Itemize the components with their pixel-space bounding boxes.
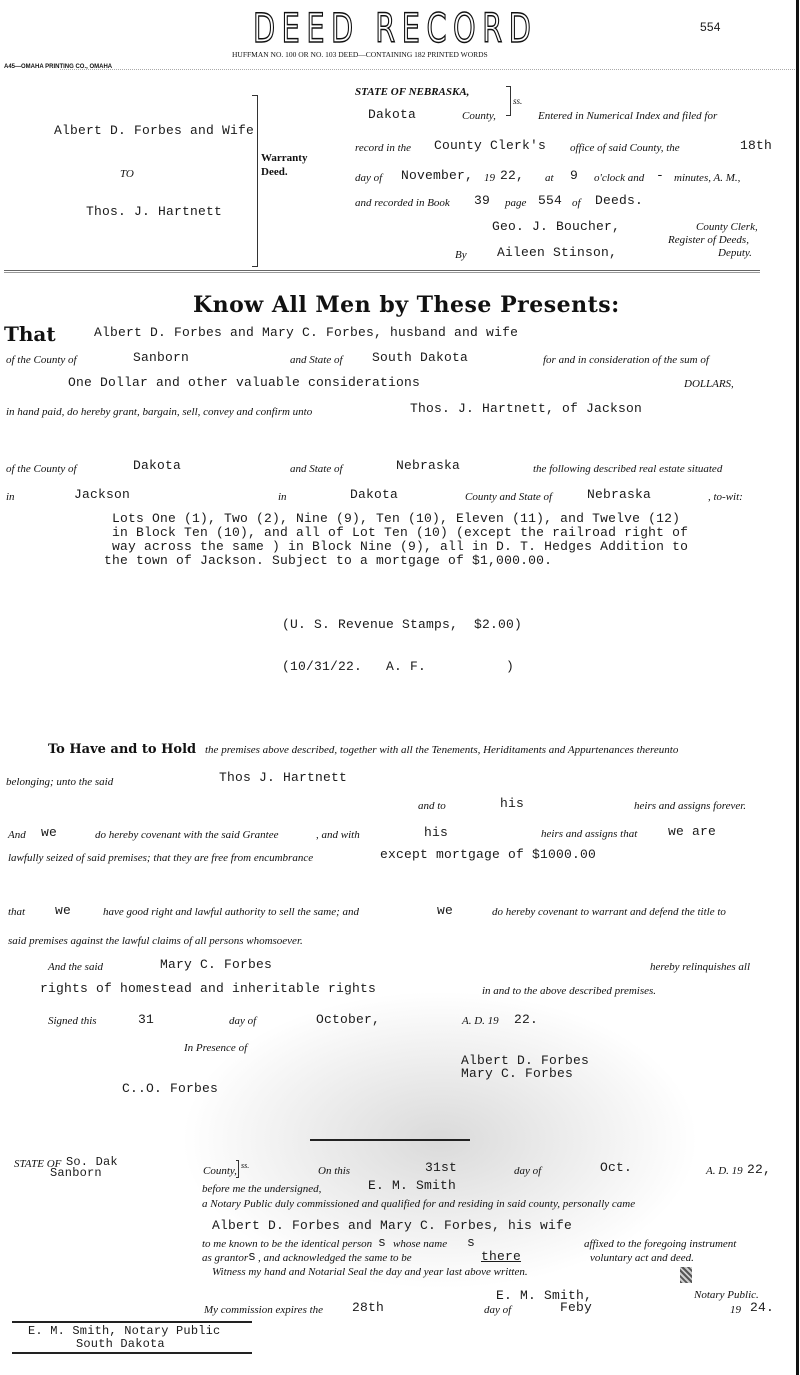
record-in-label: record in the	[355, 142, 411, 154]
parties-bracket	[252, 95, 258, 267]
affixed-label: affixed to the foregoing instrument	[584, 1238, 736, 1250]
filing-bracket	[506, 86, 511, 116]
to-label: TO	[120, 168, 134, 180]
body-heading: Know All Men by These Presents:	[193, 292, 620, 318]
authority-label: have good right and lawful authority to …	[103, 906, 359, 918]
rights-value: rights of homestead and inheritable righ…	[40, 981, 376, 996]
we-2: we	[55, 903, 71, 918]
consideration-value: One Dollar and other valuable considerat…	[68, 375, 420, 390]
filed-year: 22,	[500, 168, 524, 183]
ack-county-value: Sanborn	[50, 1166, 102, 1180]
filed-minutes: -	[656, 168, 664, 183]
covenant-label: do hereby covenant with the said Grantee	[95, 829, 279, 841]
filed-month: November,	[401, 168, 473, 183]
filed-day: 18th	[740, 138, 772, 153]
ack-ad-label: A. D. 19	[706, 1165, 743, 1177]
notary-stamp-line-2: South Dakota	[76, 1337, 165, 1351]
habendum-heading: To Have and to Hold	[48, 742, 196, 757]
ack-s-3: s	[248, 1249, 256, 1264]
situated-state: Nebraska	[587, 487, 651, 502]
voluntary-label: voluntary act and deed.	[590, 1252, 694, 1264]
dollars-label: DOLLARS,	[684, 378, 734, 390]
book-number: 39	[474, 193, 490, 208]
commission-label: My commission expires the	[204, 1304, 323, 1316]
ack-day: 31st	[425, 1160, 457, 1175]
deputy-name: Aileen Stinson,	[497, 245, 617, 260]
warrant-label: do hereby covenant to warrant and defend…	[492, 906, 726, 918]
commission-year: 24.	[750, 1300, 774, 1315]
ack-s-2: s	[467, 1235, 475, 1250]
pronoun-his-2: his	[424, 825, 448, 840]
witness-name: C..O. Forbes	[122, 1081, 218, 1096]
grantee-county: Dakota	[133, 458, 181, 473]
register-title: Register of Deeds,	[668, 234, 749, 246]
belonging-label: belonging; unto the said	[6, 776, 113, 788]
relinquishes-label: hereby relinquishes all	[650, 961, 750, 973]
oclock-label: o'clock and	[594, 172, 644, 184]
filing-county-label: County,	[462, 110, 496, 122]
acknowledged-label: , and acknowledged the same to be	[258, 1252, 412, 1264]
grantor-state: South Dakota	[372, 350, 468, 365]
ack-bracket	[236, 1160, 239, 1178]
county-state-label: County and State of	[465, 491, 552, 503]
by-label: By	[455, 249, 467, 261]
heirs-forever: heirs and assigns forever.	[634, 800, 746, 812]
state-of-label: and State of	[290, 354, 343, 366]
grantor-name: Albert D. Forbes and Wife	[54, 123, 254, 138]
grantors-full: Albert D. Forbes and Mary C. Forbes, hus…	[94, 325, 518, 340]
notary-stamp-line-1: E. M. Smith, Notary Public	[28, 1324, 220, 1338]
signed-month: October,	[316, 1012, 380, 1027]
ack-year: 22,	[747, 1162, 771, 1177]
and-with-label: , and with	[316, 829, 360, 841]
legal-description: Lots One (1), Two (2), Nine (9), Ten (10…	[112, 512, 688, 568]
pronoun-his-1: his	[500, 796, 524, 811]
grantor-label: as grantor	[202, 1252, 248, 1264]
clerk-title: County Clerk,	[696, 221, 758, 233]
legal-description-line: in Block Ten (10), and all of Lot Ten (1…	[112, 526, 688, 540]
county-of-label: of the County of	[6, 354, 77, 366]
that-label: That	[4, 322, 56, 346]
ack-day-of-label: day of	[514, 1165, 541, 1177]
encumbrance-value: except mortgage of $1000.00	[380, 847, 596, 862]
situated-county: Dakota	[350, 487, 398, 502]
at-label: at	[545, 172, 554, 184]
signatures: Albert D. Forbes Mary C. Forbes	[461, 1054, 589, 1080]
witness-text: Witness my hand and Notarial Seal the da…	[212, 1266, 528, 1278]
premises-label: in and to the above described premises.	[482, 985, 656, 997]
revenue-stamps: (U. S. Revenue Stamps, $2.00) (10/31/22.…	[282, 590, 522, 702]
record-page: 554	[538, 193, 562, 208]
minutes-label: minutes, A. M.,	[674, 172, 740, 184]
situated-city: Jackson	[74, 487, 130, 502]
entered-text: Entered in Numerical Index and filed for	[538, 110, 717, 122]
notary-text: a Notary Public duly commissioned and qu…	[202, 1198, 635, 1210]
signed-label: Signed this	[48, 1015, 97, 1027]
grantee-state-label: and State of	[290, 463, 343, 475]
legal-description-line: Lots One (1), Two (2), Nine (9), Ten (10…	[112, 512, 688, 526]
whose-name-label: whose name	[393, 1238, 447, 1250]
page-number: 554	[700, 20, 721, 34]
relinquisher-name: Mary C. Forbes	[160, 957, 272, 972]
signed-day: 31	[138, 1012, 154, 1027]
we-3: we	[437, 903, 453, 918]
filing-county: Dakota	[368, 107, 416, 122]
grant-text: in hand paid, do hereby grant, bargain, …	[6, 406, 312, 418]
clerk-name: Geo. J. Boucher,	[492, 219, 620, 234]
signature-rule	[310, 1139, 470, 1141]
signed-ad-label: A. D. 19	[462, 1015, 499, 1027]
and-label: And	[8, 829, 26, 841]
notary-seal-icon	[680, 1267, 692, 1283]
office-label: office of said County, the	[570, 142, 680, 154]
filing-divider	[4, 270, 760, 273]
page-label: page	[505, 197, 526, 209]
habendum-grantee: Thos J. Hartnett	[219, 770, 347, 785]
their-value: there	[481, 1249, 521, 1264]
office-value: County Clerk's	[434, 138, 546, 153]
of-deeds: Deeds.	[595, 193, 643, 208]
deputy-title: Deputy.	[718, 247, 752, 259]
signature-mary: Mary C. Forbes	[461, 1067, 589, 1080]
to-wit-label: , to-wit:	[708, 491, 743, 503]
following-label: the following described real estate situ…	[533, 463, 722, 475]
ack-persons: Albert D. Forbes and Mary C. Forbes, his…	[212, 1218, 572, 1233]
on-this-label: On this	[318, 1165, 350, 1177]
signed-year: 22.	[514, 1012, 538, 1027]
we-1: we	[41, 825, 57, 840]
grantor-county: Sanborn	[133, 350, 189, 365]
legal-description-line: the town of Jackson. Subject to a mortga…	[104, 554, 688, 568]
ack-ss: ss.	[241, 1161, 249, 1170]
day-of-label: day of	[355, 172, 382, 184]
ack-month: Oct.	[600, 1160, 632, 1175]
deed-type-line1: Warranty	[261, 152, 307, 164]
consideration-label: for and in consideration of the sum of	[543, 354, 709, 366]
commission-day-of: day of	[484, 1304, 511, 1316]
stamps-line-1: (U. S. Revenue Stamps, $2.00)	[282, 618, 522, 632]
of-label: of	[572, 197, 581, 209]
deed-type-line2: Deed.	[261, 166, 288, 178]
grantee-name: Thos. J. Hartnett	[86, 204, 222, 219]
and-to-label: and to	[418, 800, 446, 812]
ack-s-1: s	[378, 1235, 386, 1250]
grantee-full: Thos. J. Hartnett, of Jackson	[410, 401, 642, 416]
habendum-text: the premises above described, together w…	[205, 744, 678, 756]
legal-description-line: way across the same ) in Block Nine (9),…	[112, 540, 688, 554]
commission-day: 28th	[352, 1300, 384, 1315]
heirs-that-label: heirs and assigns that	[541, 828, 637, 840]
claims-label: said premises against the lawful claims …	[8, 935, 303, 947]
grantee-county-label: of the County of	[6, 463, 77, 475]
recorded-label: and recorded in Book	[355, 197, 450, 209]
and-said-label: And the said	[48, 961, 103, 973]
commission-year-prefix: 19	[730, 1304, 741, 1316]
seized-label: lawfully seized of said premises; that t…	[8, 852, 313, 864]
signed-day-of-label: day of	[229, 1015, 256, 1027]
grantee-state: Nebraska	[396, 458, 460, 473]
presence-label: In Presence of	[184, 1042, 247, 1054]
that-label-2: that	[8, 906, 25, 918]
stamp-rule-bottom	[12, 1352, 252, 1354]
we-are: we are	[668, 824, 716, 839]
filing-ss: ss.	[513, 96, 522, 106]
notary-name: E. M. Smith	[368, 1178, 456, 1193]
stamp-rule-top	[12, 1321, 252, 1323]
in-label: in	[6, 491, 15, 503]
document-title: DEED RECORD	[253, 6, 537, 52]
year-prefix: 19	[484, 172, 495, 184]
filing-state: STATE OF NEBRASKA,	[355, 86, 469, 98]
in-label-2: in	[278, 491, 287, 503]
filed-hour: 9	[570, 168, 578, 183]
before-label: before me the undersigned,	[202, 1183, 321, 1195]
header-rule	[60, 69, 795, 70]
stamps-line-2: (10/31/22. A. F. )	[282, 660, 522, 674]
form-line: HUFFMAN NO. 100 OR NO. 103 DEED—CONTAINI…	[232, 50, 488, 59]
deed-record-page: DEED RECORD 554 HUFFMAN NO. 100 OR NO. 1…	[0, 0, 799, 1375]
commission-month: Feby	[560, 1300, 592, 1315]
ack-county-label: County,	[203, 1165, 237, 1177]
identical-label: to me known to be the identical person	[202, 1238, 372, 1250]
